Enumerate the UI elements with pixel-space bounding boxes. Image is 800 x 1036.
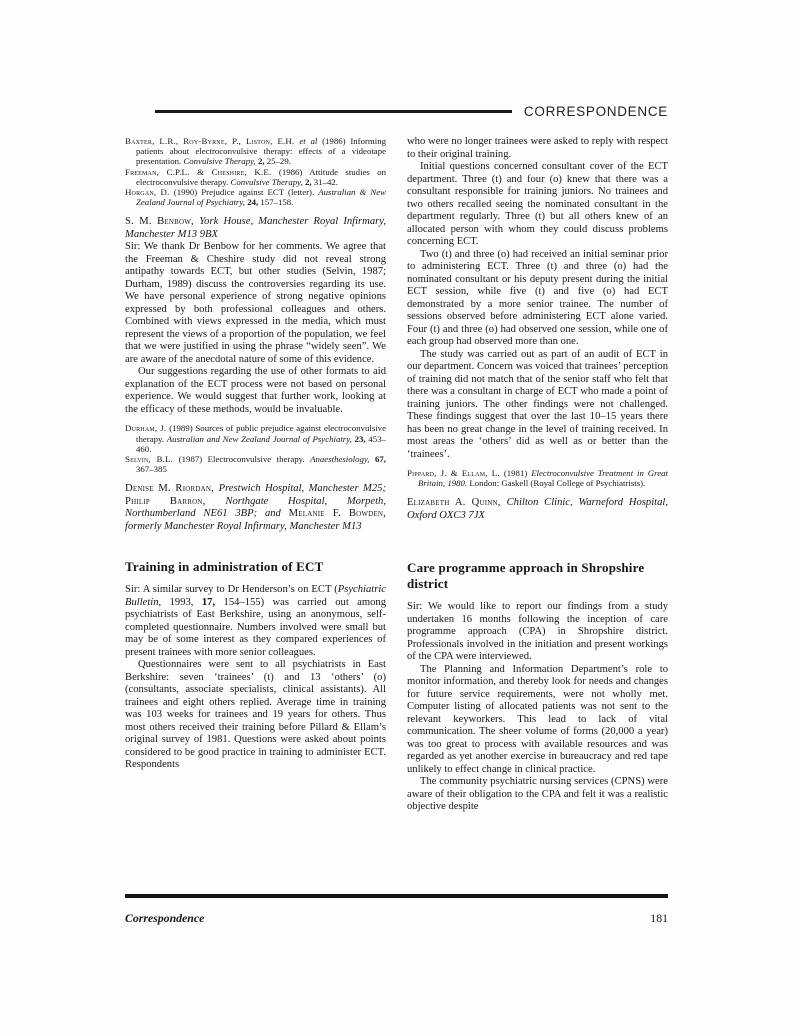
page-header: CORRESPONDENCE bbox=[155, 104, 668, 119]
paragraph-seminar: Two (t) and three (o) had received an in… bbox=[407, 249, 668, 349]
reference-entry-durham: Durham, J. (1989) Sources of public prej… bbox=[125, 423, 386, 454]
reference-entry-freeman: Freeman, C.P.L. & Cheshire, K.E. (1986) … bbox=[125, 167, 386, 187]
section-heading-care-programme: Care programme approach in Shropshire di… bbox=[407, 560, 668, 592]
page-content: CORRESPONDENCE Baxter, L.R., Roy-Byrne, … bbox=[125, 104, 668, 898]
footer-row: Correspondence 181 bbox=[125, 911, 668, 926]
running-head: CORRESPONDENCE bbox=[524, 104, 668, 119]
footer-journal-title: Correspondence bbox=[125, 911, 204, 926]
paragraph-cpns: The community psychiatric nursing servic… bbox=[407, 776, 668, 814]
reference-entry-horgan: Horgan, D. (1990) Prejudice against ECT … bbox=[125, 187, 386, 207]
paragraph-survey: Sir: A similar survey to Dr Henderson’s … bbox=[125, 584, 386, 659]
signature-quinn: Elizabeth A. Quinn, Chilton Clinic, Warn… bbox=[407, 497, 668, 522]
paragraph-questionnaires: Questionnaires were sent to all psychiat… bbox=[125, 659, 386, 772]
paragraph-reply-continuation: who were no longer trainees were asked t… bbox=[407, 136, 668, 161]
reference-list-right: Pippard, J. & Ellam, L. (1981) Electroco… bbox=[407, 468, 668, 488]
reference-entry-baxter: Baxter, L.R., Roy-Byrne, P., Liston, E.H… bbox=[125, 136, 386, 167]
paragraph-cpa-report: Sir: We would like to report our finding… bbox=[407, 601, 668, 664]
section-heading-training-ect: Training in administration of ECT bbox=[125, 559, 386, 575]
left-column: Baxter, L.R., Roy-Byrne, P., Liston, E.H… bbox=[125, 136, 386, 898]
paragraph-reply-benbow: Sir: We thank Dr Benbow for her comments… bbox=[125, 241, 386, 366]
paragraph-initial-questions: Initial questions concerned consultant c… bbox=[407, 161, 668, 249]
paragraph-suggestions: Our suggestions regarding the use of oth… bbox=[125, 366, 386, 416]
reference-entry-pippard: Pippard, J. & Ellam, L. (1981) Electroco… bbox=[407, 468, 668, 488]
reference-list-mid: Durham, J. (1989) Sources of public prej… bbox=[125, 423, 386, 474]
two-column-text: Baxter, L.R., Roy-Byrne, P., Liston, E.H… bbox=[125, 136, 668, 898]
journal-page: CORRESPONDENCE Baxter, L.R., Roy-Byrne, … bbox=[0, 0, 800, 1036]
reference-entry-selvin: Selvin, B.L. (1987) Electroconvulsive th… bbox=[125, 454, 386, 474]
paragraph-planning-dept: The Planning and Information Department’… bbox=[407, 664, 668, 777]
footer-rule bbox=[125, 894, 668, 898]
signature-riordan-barron-bowden: Denise M. Riordan, Prestwich Hospital, M… bbox=[125, 483, 386, 533]
paragraph-audit: The study was carried out as part of an … bbox=[407, 349, 668, 462]
right-column: who were no longer trainees were asked t… bbox=[407, 136, 668, 898]
footer-page-number: 181 bbox=[650, 911, 668, 926]
signature-benbow: S. M. Benbow, York House, Manchester Roy… bbox=[125, 216, 386, 241]
page-footer: Correspondence 181 bbox=[125, 894, 668, 926]
header-rule bbox=[155, 110, 512, 113]
reference-list-top: Baxter, L.R., Roy-Byrne, P., Liston, E.H… bbox=[125, 136, 386, 207]
